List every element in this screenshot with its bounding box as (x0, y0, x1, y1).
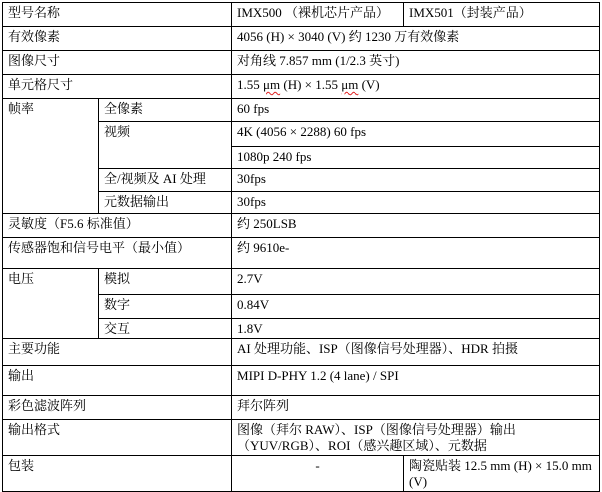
color-filter-value-cell: 拜尔阵列 (232, 396, 600, 420)
row-effective-pixels: 有效像素 4056 (H) × 3040 (V) 约 1230 万有效像素 (3, 27, 600, 51)
effective-pixels-value-cell: 4056 (H) × 3040 (V) 约 1230 万有效像素 (232, 27, 600, 51)
page: { "colors": { "border": "#000000", "back… (0, 2, 602, 489)
cell-size-value-cell: 1.55 μm (H) × 1.55 μm (V) (232, 75, 600, 99)
row-color-filter: 彩色滤波阵列 拜尔阵列 (3, 396, 600, 420)
sensor-spec-table: 型号名称 IMX500 （裸机芯片产品） IMX501（封装产品） 有效像素 4… (2, 2, 600, 492)
color-filter-label-cell: 彩色滤波阵列 (3, 396, 232, 420)
output-format-line1: 图像（拜尔 RAW）、ISP（图像信号处理器）输出 (237, 422, 516, 437)
cell-size-part: 1.55 (237, 77, 263, 92)
voltage-interface-sub-cell: 交互 (99, 319, 232, 339)
framerate-fullpixel-sub-cell: 全像素 (99, 99, 232, 122)
main-functions-label-cell: 主要功能 (3, 339, 232, 366)
framerate-full-video-ai-value-cell: 30fps (232, 169, 600, 192)
image-size-label-cell: 图像尺寸 (3, 51, 232, 75)
package-imx501-cell: 陶瓷贴装 12.5 mm (H) × 15.0 mm (V) (404, 456, 600, 492)
model-imx500-cell: IMX500 （裸机芯片产品） (232, 3, 404, 27)
sensitivity-label-cell: 灵敏度（F5.6 标准值） (3, 214, 232, 238)
sensitivity-value-cell: 约 250LSB (232, 214, 600, 238)
cell-size-um-misspelled: μm (341, 77, 358, 92)
image-size-value-cell: 对角线 7.857 mm (1/2.3 英寸) (232, 51, 600, 75)
cell-size-part: (H) × 1.55 (280, 77, 341, 92)
row-cell-size: 单元格尺寸 1.55 μm (H) × 1.55 μm (V) (3, 75, 600, 99)
row-sensitivity: 灵敏度（F5.6 标准值） 约 250LSB (3, 214, 600, 238)
framerate-video-sub-cell: 视频 (99, 122, 232, 169)
row-image-size: 图像尺寸 对角线 7.857 mm (1/2.3 英寸) (3, 51, 600, 75)
row-output: 输出 MIPI D-PHY 1.2 (4 lane) / SPI (3, 366, 600, 396)
cell-size-part: (V) (358, 77, 379, 92)
row-framerate-fullpixel: 帧率 全像素 60 fps (3, 99, 600, 122)
framerate-video-1080p-value-cell: 1080p 240 fps (232, 147, 600, 169)
model-imx501-cell: IMX501（封装产品） (404, 3, 600, 27)
row-model: 型号名称 IMX500 （裸机芯片产品） IMX501（封装产品） (3, 3, 600, 27)
voltage-digital-value-cell: 0.84V (232, 295, 600, 319)
package-imx500-cell: - (232, 456, 404, 492)
saturation-value-cell: 约 9610e- (232, 238, 600, 269)
cell-size-label-cell: 单元格尺寸 (3, 75, 232, 99)
package-label-cell: 包装 (3, 456, 232, 492)
voltage-analog-sub-cell: 模拟 (99, 269, 232, 295)
framerate-fullpixel-value-cell: 60 fps (232, 99, 600, 122)
output-format-label-cell: 输出格式 (3, 420, 232, 456)
row-package: 包装 - 陶瓷贴装 12.5 mm (H) × 15.0 mm (V) (3, 456, 600, 492)
saturation-label-cell: 传感器饱和信号电平（最小值） (3, 238, 232, 269)
model-label-cell: 型号名称 (3, 3, 232, 27)
effective-pixels-label-cell: 有效像素 (3, 27, 232, 51)
framerate-video-4k-value-cell: 4K (4056 × 2288) 60 fps (232, 122, 600, 147)
row-output-format: 输出格式 图像（拜尔 RAW）、ISP（图像信号处理器）输出（YUV/RGB）、… (3, 420, 600, 456)
output-label-cell: 输出 (3, 366, 232, 396)
main-functions-value-cell: AI 处理功能、ISP（图像信号处理器）、HDR 拍摄 (232, 339, 600, 366)
output-value-cell: MIPI D-PHY 1.2 (4 lane) / SPI (232, 366, 600, 396)
output-format-value-cell: 图像（拜尔 RAW）、ISP（图像信号处理器）输出（YUV/RGB）、ROI（感… (232, 420, 600, 456)
voltage-digital-sub-cell: 数字 (99, 295, 232, 319)
framerate-metadata-value-cell: 30fps (232, 192, 600, 214)
voltage-interface-value-cell: 1.8V (232, 319, 600, 339)
output-format-line2: （YUV/RGB）、ROI（感兴趣区域）、元数据 (237, 438, 487, 453)
voltage-label-cell: 电压 (3, 269, 99, 339)
voltage-analog-value-cell: 2.7V (232, 269, 600, 295)
row-main-functions: 主要功能 AI 处理功能、ISP（图像信号处理器）、HDR 拍摄 (3, 339, 600, 366)
framerate-full-video-ai-sub-cell: 全/视频及 AI 处理 (99, 169, 232, 192)
framerate-metadata-sub-cell: 元数据输出 (99, 192, 232, 214)
framerate-label-cell: 帧率 (3, 99, 99, 214)
row-saturation: 传感器饱和信号电平（最小值） 约 9610e- (3, 238, 600, 269)
cell-size-um-misspelled: μm (263, 77, 280, 92)
row-voltage-analog: 电压 模拟 2.7V (3, 269, 600, 295)
